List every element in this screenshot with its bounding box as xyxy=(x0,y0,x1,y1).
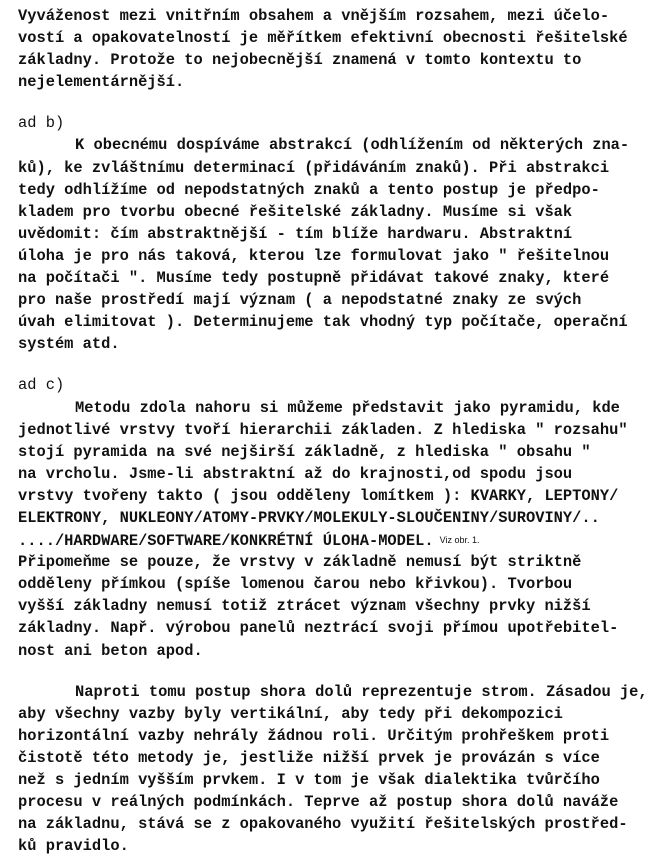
text-line: základny. Např. výrobou panelů neztrácí … xyxy=(18,617,658,639)
section-b: ad b) K obecnému dospíváme abstrakcí (od… xyxy=(18,112,658,355)
text-line: nejelementárnější. xyxy=(18,71,658,93)
text-line: vyšší základny nemusí totiž ztrácet význ… xyxy=(18,595,658,617)
text-line: úvah elimitovat ). Determinujeme tak vho… xyxy=(18,311,658,333)
text-line: kladem pro tvorbu obecné řešitelské zákl… xyxy=(18,201,658,223)
text-line: ků), ke zvláštnímu determinací (přidáván… xyxy=(18,157,658,179)
text-line: horizontální vazby nehrály žádnou roli. … xyxy=(18,725,658,747)
section-c-paragraph-1: Metodu zdola nahoru si můžeme představit… xyxy=(18,397,658,662)
paragraph-gap xyxy=(18,355,658,374)
text-line: pro naše prostředí mají význam ( a nepod… xyxy=(18,289,658,311)
text-line: uvědomit: čím abstraktnější - tím blíže … xyxy=(18,223,658,245)
text-line: vrstvy tvořeny takto ( jsou odděleny lom… xyxy=(18,485,658,507)
text-line: úloha je pro nás taková, kterou lze form… xyxy=(18,245,658,267)
section-c: ad c) Metodu zdola nahoru si můžeme před… xyxy=(18,374,658,857)
text-line: ků pravidlo. xyxy=(18,835,658,857)
section-b-heading: ad b) xyxy=(18,112,658,134)
text-line: ..../HARDWARE/SOFTWARE/KONKRÉTNÍ ÚLOHA-M… xyxy=(18,529,658,551)
text-line: Vyváženost mezi vnitřním obsahem a vnějš… xyxy=(18,5,658,27)
handwritten-note: Viz obr. 1. xyxy=(440,535,480,545)
text-line: jednotlivé vrstvy tvoří hierarchii zákla… xyxy=(18,419,658,441)
text-line: systém atd. xyxy=(18,333,658,355)
text-line: nost ani beton apod. xyxy=(18,640,658,662)
text-line: procesu v reálných podmínkách. Teprve až… xyxy=(18,791,658,813)
text-line: čistotě této metody je, jestliže nižší p… xyxy=(18,747,658,769)
text-line: na počítači ". Musíme tedy postupně přid… xyxy=(18,267,658,289)
paragraph-gap xyxy=(18,93,658,112)
text-line: K obecnému dospíváme abstrakcí (odhlížen… xyxy=(18,134,658,156)
typewritten-page: Vyváženost mezi vnitřním obsahem a vnějš… xyxy=(18,5,658,857)
text-line: odděleny přímkou (spíše lomenou čarou ne… xyxy=(18,573,658,595)
text-line: tedy odhlížíme od nepodstatných znaků a … xyxy=(18,179,658,201)
text-line: než s jedním vyšším prvkem. I v tom je v… xyxy=(18,769,658,791)
text-line-content: ..../HARDWARE/SOFTWARE/KONKRÉTNÍ ÚLOHA-M… xyxy=(18,532,434,550)
text-line: Připomeňme se pouze, že vrstvy v základn… xyxy=(18,551,658,573)
section-c-paragraph-2: Naproti tomu postup shora dolů reprezent… xyxy=(18,681,658,858)
text-line: Naproti tomu postup shora dolů reprezent… xyxy=(18,681,658,703)
intro-paragraph: Vyváženost mezi vnitřním obsahem a vnějš… xyxy=(18,5,658,93)
text-line: na základnu, stává se z opakovaného využ… xyxy=(18,813,658,835)
section-c-heading: ad c) xyxy=(18,374,658,396)
paragraph-gap xyxy=(18,662,658,681)
text-line: základny. Protože to nejobecnější znamen… xyxy=(18,49,658,71)
text-line: na vrcholu. Jsme-li abstraktní až do kra… xyxy=(18,463,658,485)
text-line: aby všechny vazby byly vertikální, aby t… xyxy=(18,703,658,725)
text-line: ELEKTRONY, NUKLEONY/ATOMY-PRVKY/MOLEKULY… xyxy=(18,507,658,529)
text-line: Metodu zdola nahoru si můžeme představit… xyxy=(18,397,658,419)
text-line: stojí pyramida na své nejširší základně,… xyxy=(18,441,658,463)
text-line: vostí a opakovatelností je měřítkem efek… xyxy=(18,27,658,49)
